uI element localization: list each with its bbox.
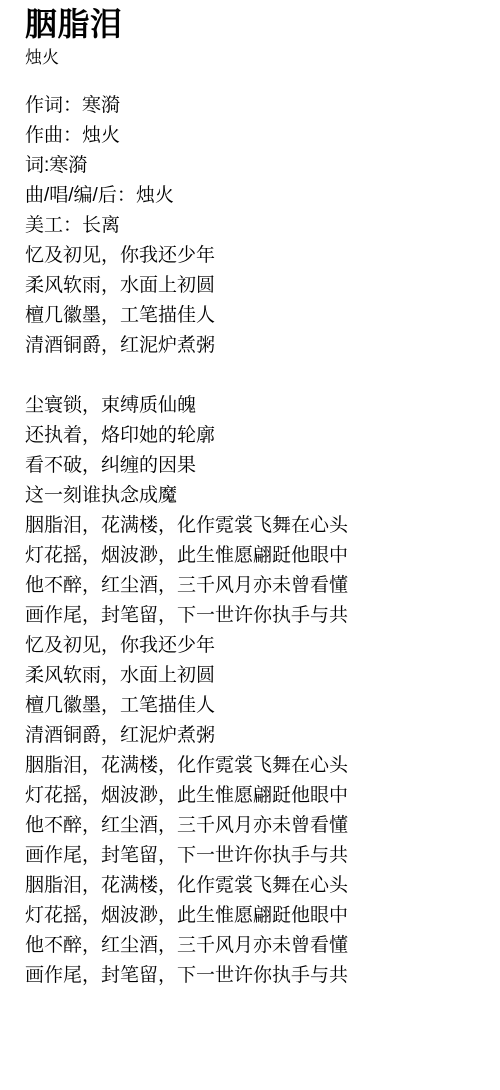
lyric-line: 檀几徽墨，工笔描佳人 [25, 691, 490, 721]
lyric-line: 灯花摇，烟波渺，此生惟愿翩跹他眼中 [25, 541, 490, 571]
lyric-line: 画作尾，封笔留，下一世许你执手与共 [25, 601, 490, 631]
lyric-line: 清酒铜爵，红泥炉煮粥 [25, 331, 490, 361]
lyric-line: 尘寰锁，束缚质仙魄 [25, 391, 490, 421]
lyric-line: 忆及初见，你我还少年 [25, 241, 490, 271]
lyric-line: 词:寒漪 [25, 151, 490, 181]
lyric-line: 画作尾，封笔留，下一世许你执手与共 [25, 841, 490, 871]
lyrics-body: 作词：寒漪作曲：烛火词:寒漪曲/唱/编/后：烛火美工：长离忆及初见，你我还少年柔… [25, 91, 490, 991]
artist-name: 烛火 [25, 48, 490, 68]
lyric-line: 他不醉，红尘酒，三千风月亦未曾看懂 [25, 811, 490, 841]
lyric-line: 看不破，纠缠的因果 [25, 451, 490, 481]
lyric-line: 这一刻谁执念成魔 [25, 481, 490, 511]
lyric-line: 胭脂泪，花满楼，化作霓裳飞舞在心头 [25, 511, 490, 541]
lyric-line: 檀几徽墨，工笔描佳人 [25, 301, 490, 331]
lyric-line: 清酒铜爵，红泥炉煮粥 [25, 721, 490, 751]
lyric-line: 他不醉，红尘酒，三千风月亦未曾看懂 [25, 931, 490, 961]
song-title: 胭脂泪 [25, 6, 490, 43]
lyric-line: 柔风软雨，水面上初圆 [25, 271, 490, 301]
lyric-line: 灯花摇，烟波渺，此生惟愿翩跹他眼中 [25, 901, 490, 931]
lyric-line: 灯花摇，烟波渺，此生惟愿翩跹他眼中 [25, 781, 490, 811]
lyric-line: 作词：寒漪 [25, 91, 490, 121]
lyrics-page: 胭脂泪 烛火 作词：寒漪作曲：烛火词:寒漪曲/唱/编/后：烛火美工：长离忆及初见… [0, 0, 500, 1090]
lyric-line: 柔风软雨，水面上初圆 [25, 661, 490, 691]
lyric-line: 曲/唱/编/后：烛火 [25, 181, 490, 211]
lyric-line: 作曲：烛火 [25, 121, 490, 151]
lyric-line: 胭脂泪，花满楼，化作霓裳飞舞在心头 [25, 871, 490, 901]
lyric-line: 胭脂泪，花满楼，化作霓裳飞舞在心头 [25, 751, 490, 781]
lyric-line: 美工：长离 [25, 211, 490, 241]
lyric-line: 还执着，烙印她的轮廓 [25, 421, 490, 451]
lyric-line: 他不醉，红尘酒，三千风月亦未曾看懂 [25, 571, 490, 601]
lyric-line: 画作尾，封笔留，下一世许你执手与共 [25, 961, 490, 991]
lyric-line: 忆及初见，你我还少年 [25, 631, 490, 661]
lyric-line [25, 361, 490, 391]
